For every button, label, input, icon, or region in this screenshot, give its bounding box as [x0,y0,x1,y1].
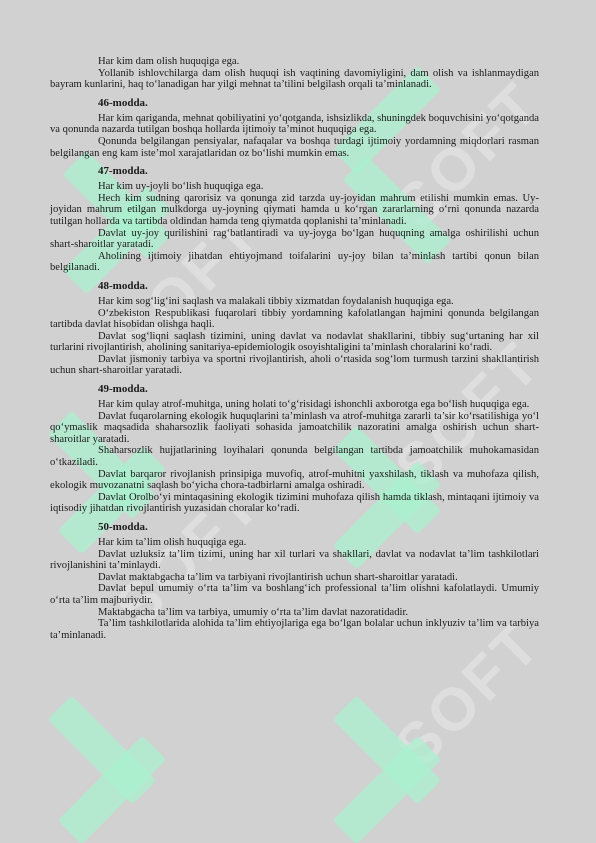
article-49: 49-modda. Har kim qulay atrof-muhitga, u… [50,383,539,515]
paragraph: O‘zbekiston Respublikasi fuqarolari tibb… [50,308,539,331]
paragraph: Har kim uy-joyli bo‘lish huquqiga ega. [50,181,539,193]
paragraph: Maktabgacha ta’lim va tarbiya, umumiy o‘… [50,607,539,619]
paragraph: Davlat maktabgacha ta’lim va tarbiyani r… [50,572,539,584]
article-50: 50-modda. Har kim ta’lim olish huquqiga … [50,521,539,641]
paragraph: Har kim dam olish huquqiga ega. [50,56,539,68]
article-title: 47-modda. [50,165,539,178]
article-title: 49-modda. [50,383,539,396]
paragraph: Davlat sog‘liqni saqlash tizimini, uning… [50,331,539,354]
article-46: 46-modda. Har kim qariganda, mehnat qobi… [50,97,539,159]
paragraph: Har kim ta’lim olish huquqiga ega. [50,537,539,549]
article-48: 48-modda. Har kim sog‘lig‘ini saqlash va… [50,280,539,377]
paragraph: Har kim qariganda, mehnat qobiliyatini y… [50,113,539,136]
paragraph: Shaharsozlik hujjatlarining loyihalari q… [50,445,539,468]
paragraph: Davlat uy-joy qurilishini rag‘batlantira… [50,228,539,251]
paragraph: Aholining ijtimoiy jihatdan ehtiyojmand … [50,251,539,274]
paragraph: Har kim sog‘lig‘ini saqlash va malakali … [50,296,539,308]
paragraph: Har kim qulay atrof-muhitga, uning holat… [50,399,539,411]
paragraph: Davlat Orolbo‘yi mintaqasining ekologik … [50,492,539,515]
paragraph: Davlat bepul umumiy o‘rta ta’lim va bosh… [50,583,539,606]
watermark-chevron-icon [48,696,157,805]
paragraph: Yollanib ishlovchilarga dam olish huquqi… [50,68,539,91]
paragraph: Davlat uzluksiz ta’lim tizimi, uning har… [50,549,539,572]
paragraph: Ta’lim tashkilotlarida alohida ta’lim eh… [50,618,539,641]
watermark-chevron-icon [333,696,442,805]
paragraph: Hech kim sudning qarorisiz va qonunga zi… [50,193,539,228]
intro-section: Har kim dam olish huquqiga ega. Yollanib… [50,56,539,91]
paragraph: Davlat jismoniy tarbiya va sportni rivoj… [50,354,539,377]
watermark-chevron-icon [333,736,442,843]
watermark-chevron-icon [58,736,167,843]
article-title: 46-modda. [50,97,539,110]
article-title: 50-modda. [50,521,539,534]
paragraph: Qonunda belgilangan pensiyalar, nafaqala… [50,136,539,159]
paragraph: Davlat fuqarolarning ekologik huquqlarin… [50,411,539,446]
article-title: 48-modda. [50,280,539,293]
paragraph: Davlat barqaror rivojlanish prinsipiga m… [50,469,539,492]
document-page: Har kim dam olish huquqiga ega. Yollanib… [50,56,539,641]
article-47: 47-modda. Har kim uy-joyli bo‘lish huquq… [50,165,539,274]
